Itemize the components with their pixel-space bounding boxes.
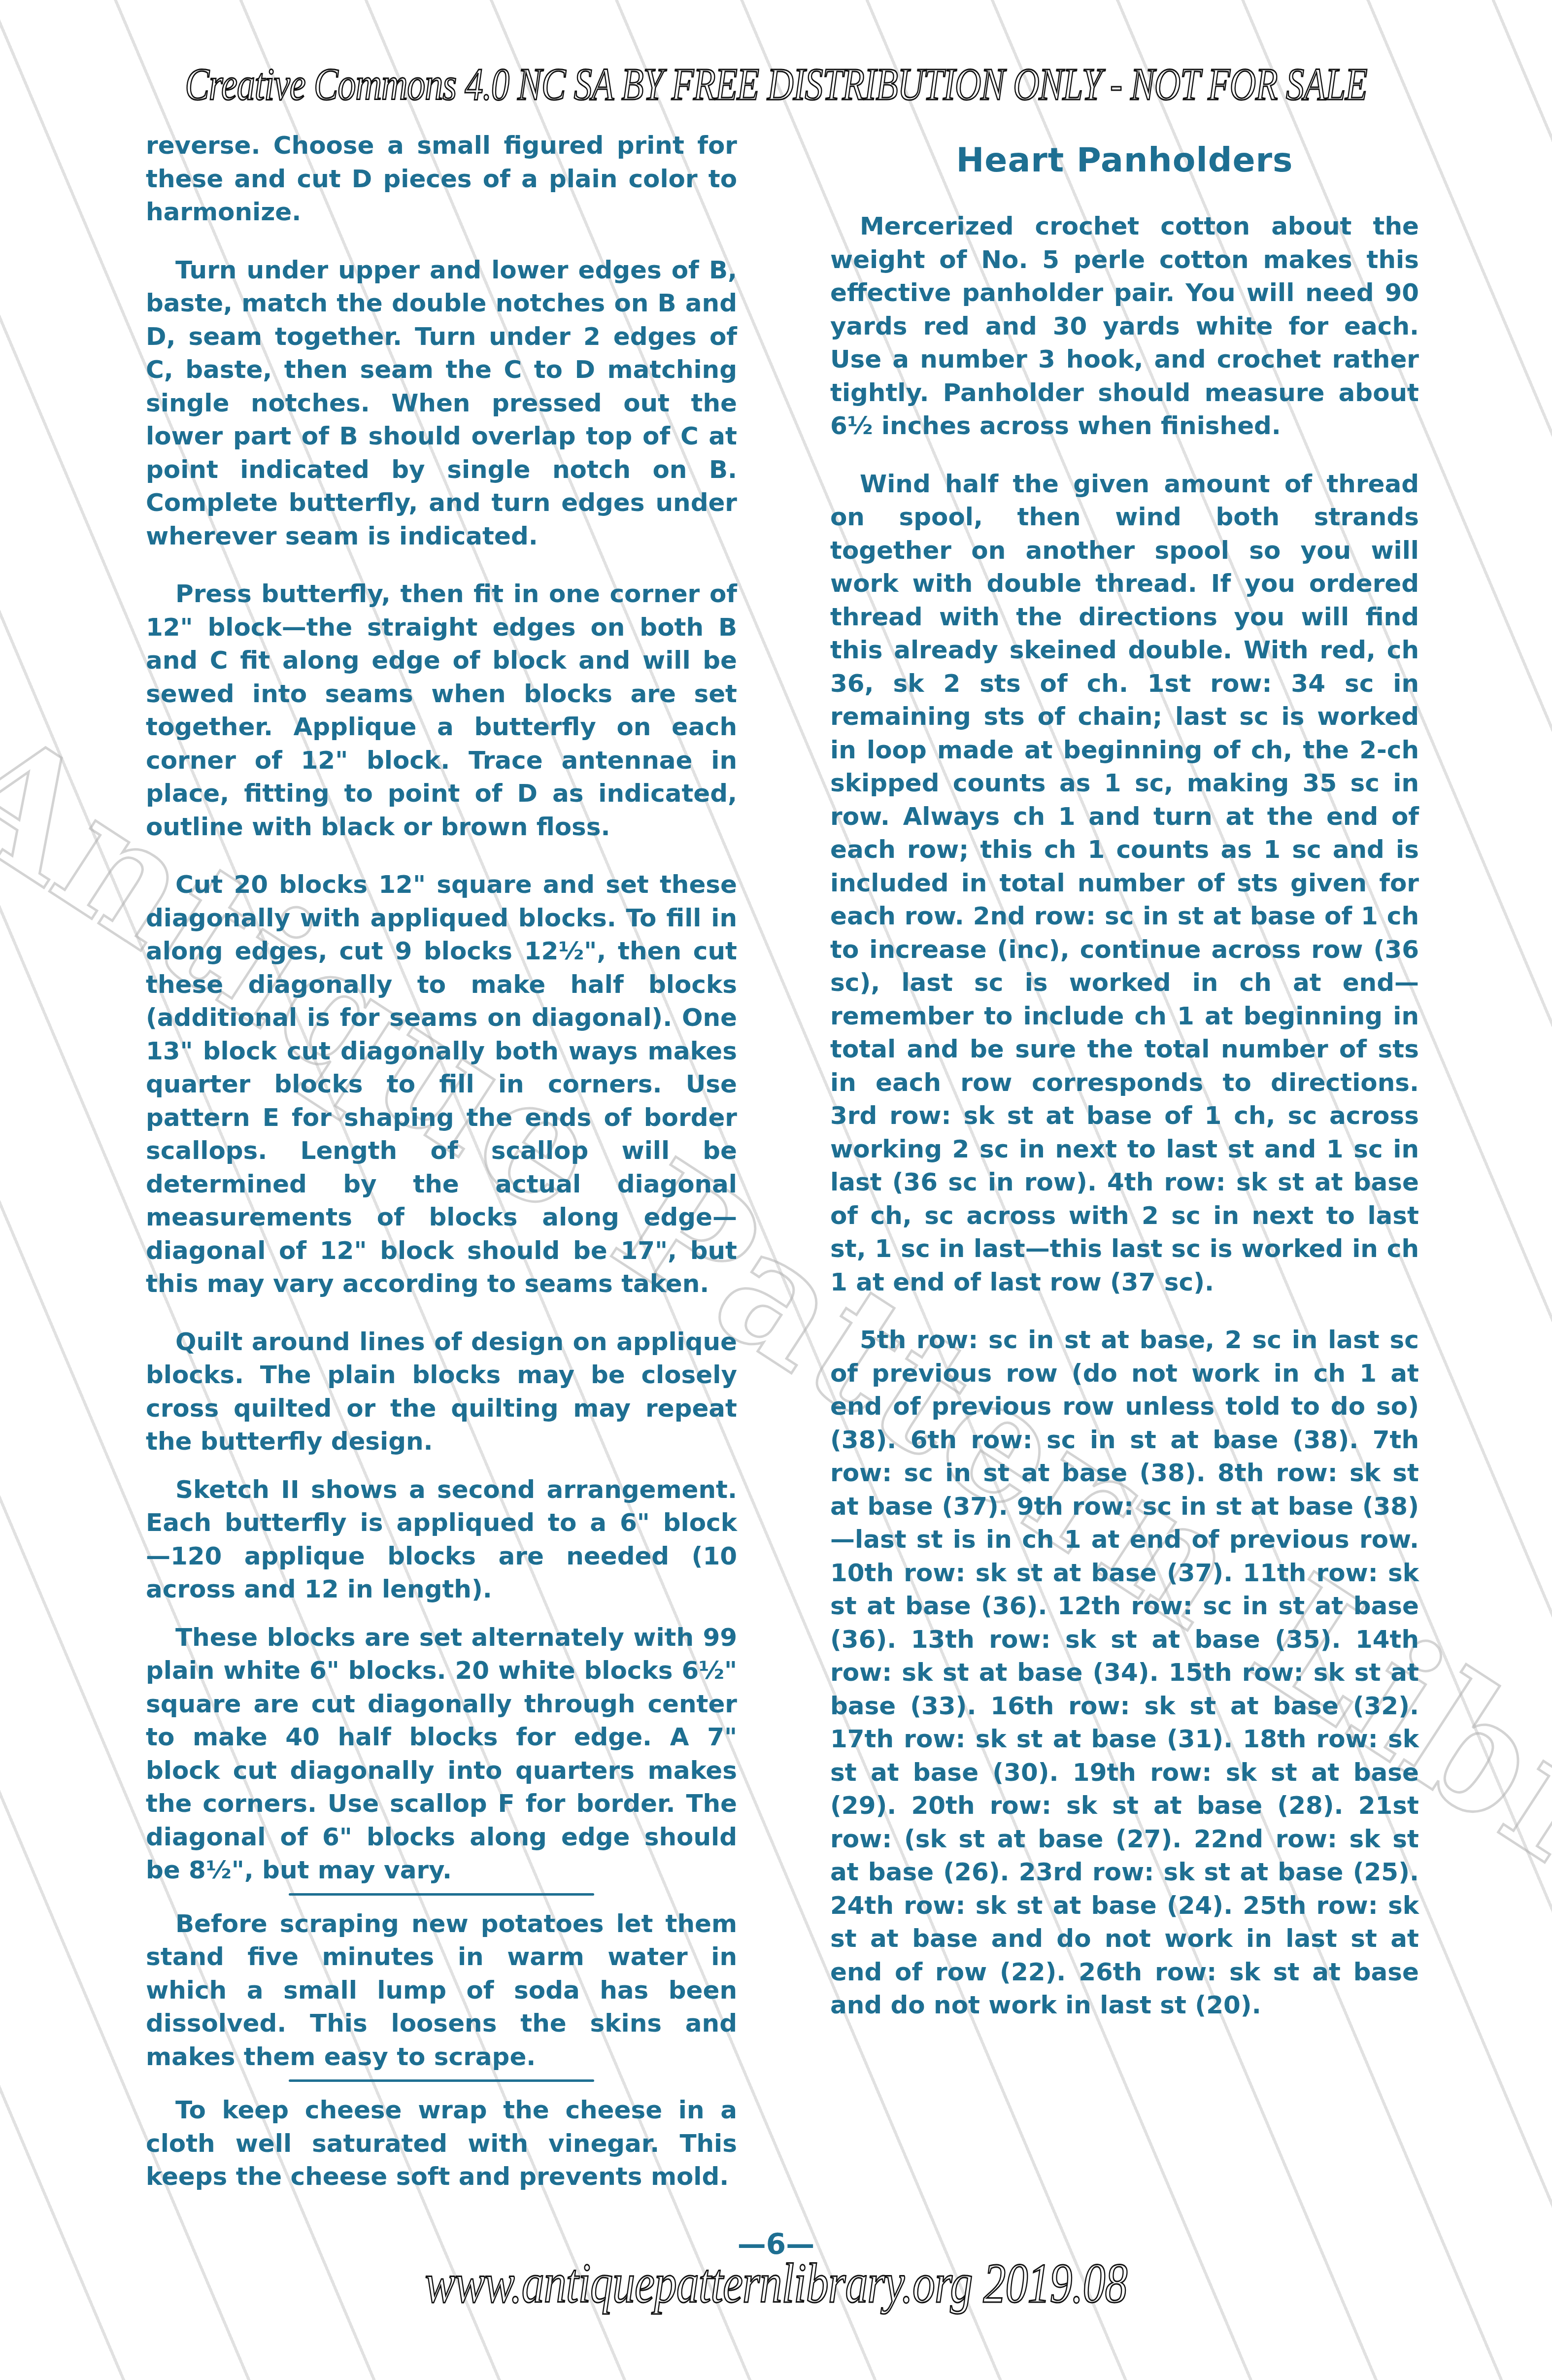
paragraph-instructions-rows-5-26: 5th row: sc in st at base, 2 sc in last …	[830, 1324, 1419, 2022]
tip-potatoes: Before scraping new potatoes let them st…	[146, 1907, 737, 2074]
paragraph-press-butterfly: Press butterfly, then fit in one corner …	[146, 578, 737, 844]
paragraph-quilt-around: Quilt around lines of design on applique…	[146, 1326, 737, 1459]
paragraph-sketch-two: Sketch II shows a second arrangement. Ea…	[146, 1473, 737, 1606]
paragraph-instructions-rows-1-4: Wind half the given amount of thread on …	[830, 468, 1419, 1299]
divider-rule	[289, 1893, 594, 1896]
license-notice: Creative Commons 4.0 NC SA BY FREE DISTR…	[0, 59, 1552, 111]
divider-rule	[289, 2079, 594, 2082]
paragraph-reverse: reverse. Choose a small figured print fo…	[146, 129, 737, 229]
paragraph-materials: Mercerized crochet cotton about the weig…	[830, 210, 1419, 443]
article-title: Heart Panholders	[830, 141, 1419, 180]
footer-url: www.antiquepatternlibrary.org 2019.08	[0, 2250, 1552, 2316]
paragraph-blocks-alternate: These blocks are set alternately with 99…	[146, 1621, 737, 1887]
paragraph-cut-blocks: Cut 20 blocks 12" square and set these d…	[146, 868, 737, 1301]
right-column: Heart Panholders Mercerized crochet cott…	[830, 129, 1419, 2047]
left-column: reverse. Choose a small figured print fo…	[146, 129, 737, 2209]
tip-cheese: To keep cheese wrap the cheese in a clot…	[146, 2094, 737, 2194]
paragraph-turn-under: Turn under upper and lower edges of B, b…	[146, 254, 737, 553]
